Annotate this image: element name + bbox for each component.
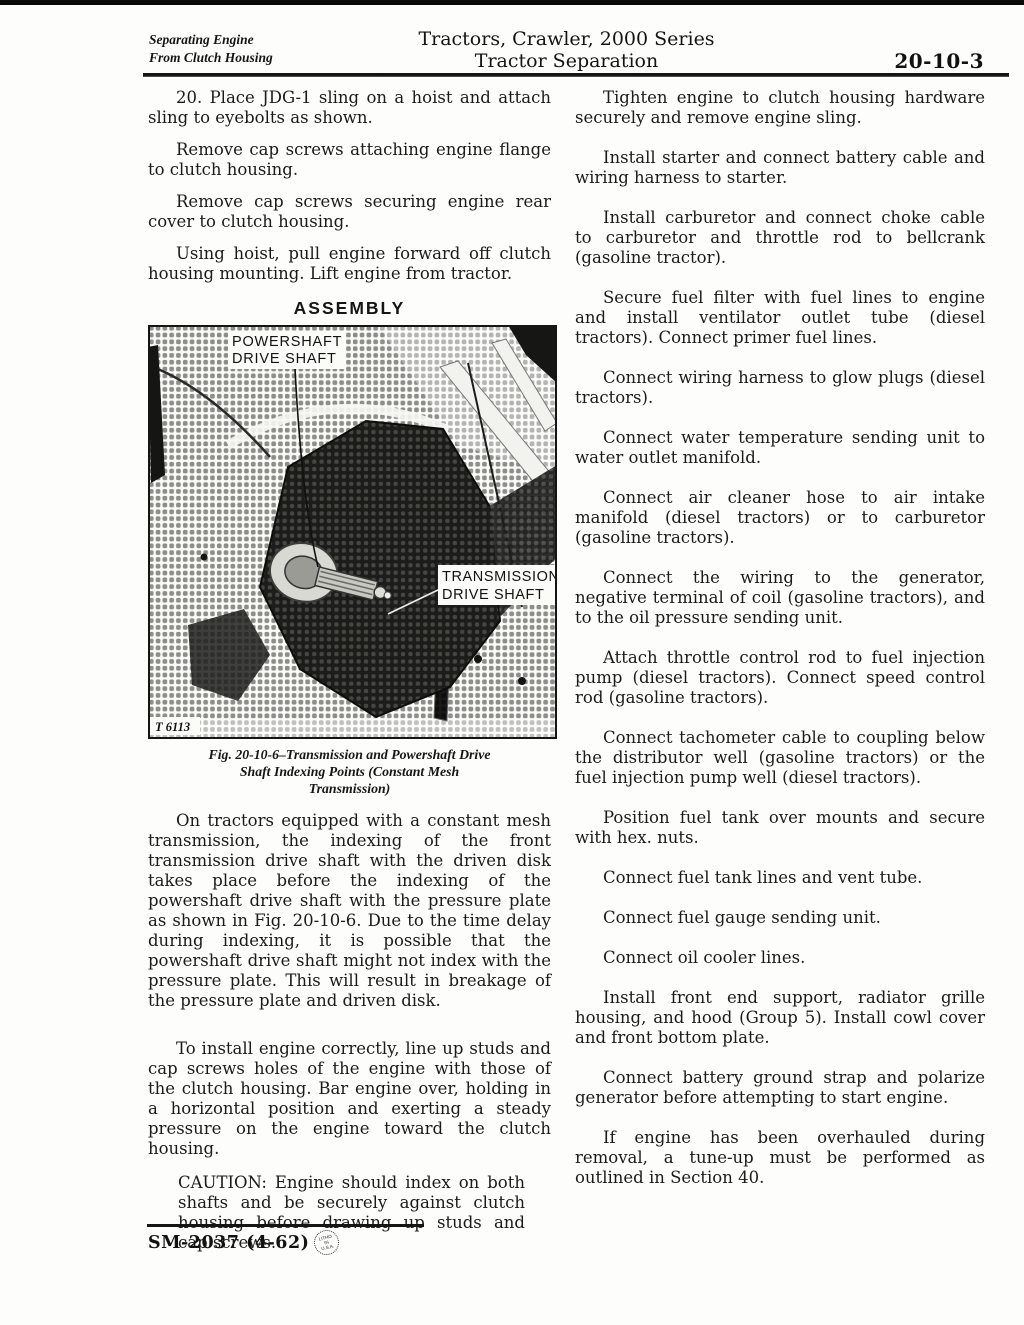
- transmission-label: TRANSMISSION DRIVE SHAFT: [438, 565, 557, 605]
- litho-stamp-line3: U.S.A.: [321, 1243, 335, 1251]
- paragraph-using-hoist: Using hoist, pull engine forward off clu…: [148, 244, 551, 284]
- paragraph-air-cleaner: Connect air cleaner hose to air intake m…: [575, 488, 985, 548]
- transmission-photo-svg: POWERSHAFT DRIVE SHAFT TRANSMISSION DRIV…: [148, 325, 557, 739]
- figure-photo: POWERSHAFT DRIVE SHAFT TRANSMISSION DRIV…: [148, 325, 557, 739]
- powershaft-label: POWERSHAFT DRIVE SHAFT: [228, 331, 346, 369]
- header-rule: [143, 73, 1009, 77]
- header-title: Tractors, Crawler, 2000 Series Tractor S…: [148, 28, 985, 72]
- paragraph-tune-up: If engine has been overhauled during rem…: [575, 1128, 985, 1188]
- header-title-line2: Tractor Separation: [148, 50, 985, 72]
- scan-edge-strip: [0, 0, 1024, 5]
- paragraph-fuel-tank: Position fuel tank over mounts and secur…: [575, 808, 985, 848]
- right-column: Tighten engine to clutch housing hardwar…: [575, 88, 985, 1208]
- figure-caption: Fig. 20-10-6–Transmission and Powershaft…: [148, 746, 551, 797]
- paragraph-remove-rear-cover: Remove cap screws securing engine rear c…: [148, 192, 551, 232]
- paragraph-battery-ground: Connect battery ground strap and polariz…: [575, 1068, 985, 1108]
- photo-code-text: T 6113: [155, 720, 190, 734]
- left-column: 20. Place JDG-1 sling on a hoist and att…: [148, 88, 551, 1253]
- powershaft-label-line2: DRIVE SHAFT: [232, 351, 337, 367]
- assembly-heading: ASSEMBLY: [148, 298, 551, 319]
- transmission-label-line2: DRIVE SHAFT: [442, 587, 544, 603]
- paragraph-water-temperature: Connect water temperature sending unit t…: [575, 428, 985, 468]
- figure-caption-line2: Shaft Indexing Points (Constant Mesh: [148, 763, 551, 780]
- powershaft-label-line1: POWERSHAFT: [232, 334, 342, 350]
- paragraph-front-end-support: Install front end support, radiator gril…: [575, 988, 985, 1048]
- figure-caption-line1: Fig. 20-10-6–Transmission and Powershaft…: [148, 746, 551, 763]
- paragraph-tighten-engine: Tighten engine to clutch housing hardwar…: [575, 88, 985, 128]
- paragraph-constant-mesh: On tractors equipped with a constant mes…: [148, 811, 551, 1011]
- paragraph-generator-wiring: Connect the wiring to the generator, neg…: [575, 568, 985, 628]
- paragraph-fuel-tank-lines: Connect fuel tank lines and vent tube.: [575, 868, 985, 888]
- page-number: 20-10-3: [894, 49, 984, 73]
- header-title-line1: Tractors, Crawler, 2000 Series: [148, 28, 985, 50]
- paragraph-secure-fuel-filter: Secure fuel filter with fuel lines to en…: [575, 288, 985, 348]
- paragraph-install-engine: To install engine correctly, line up stu…: [148, 1039, 551, 1159]
- manual-page: Separating Engine From Clutch Housing Tr…: [0, 0, 1024, 1325]
- footer: SM-2037 (4-62) LITHO IN U.S.A.: [148, 1230, 339, 1255]
- figure-caption-line3: Transmission): [148, 780, 551, 797]
- paragraph-glow-plugs: Connect wiring harness to glow plugs (di…: [575, 368, 985, 408]
- document-code: SM-2037 (4-62): [148, 1233, 309, 1253]
- paragraph-throttle-control: Attach throttle control rod to fuel inje…: [575, 648, 985, 708]
- paragraph-install-starter: Install starter and connect battery cabl…: [575, 148, 985, 188]
- paragraph-install-carburetor: Install carburetor and connect choke cab…: [575, 208, 985, 268]
- left-column-lower: On tractors equipped with a constant mes…: [148, 811, 551, 1253]
- paragraph-tachometer-cable: Connect tachometer cable to coupling bel…: [575, 728, 985, 788]
- paragraph-step-20: 20. Place JDG-1 sling on a hoist and att…: [148, 88, 551, 128]
- paragraph-fuel-gauge: Connect fuel gauge sending unit.: [575, 908, 985, 928]
- paragraph-oil-cooler: Connect oil cooler lines.: [575, 948, 985, 968]
- transmission-label-line1: TRANSMISSION: [442, 569, 557, 585]
- photo-code-label: T 6113: [150, 717, 200, 735]
- paragraph-remove-flange: Remove cap screws attaching engine flang…: [148, 140, 551, 180]
- litho-stamp-icon: LITHO IN U.S.A.: [312, 1227, 342, 1257]
- footer-rule: [147, 1224, 424, 1227]
